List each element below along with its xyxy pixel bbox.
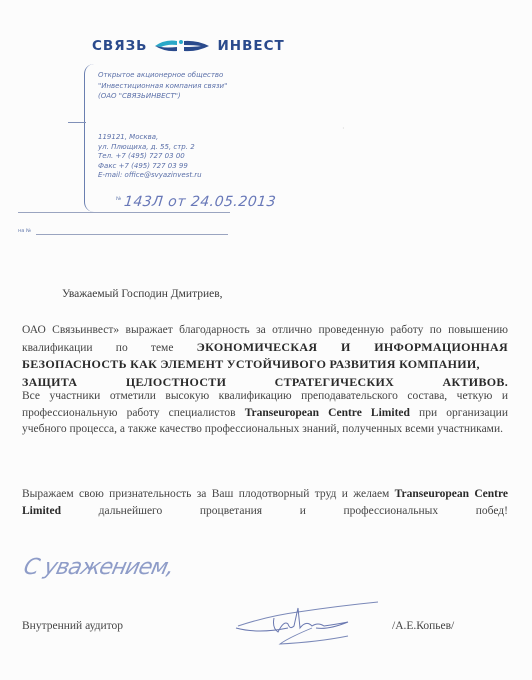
address-line: 119121, Москва, <box>98 133 202 143</box>
fax-line: Факс +7 (495) 727 03 99 <box>98 162 202 172</box>
org-line: "Инвестиционная компания связи" <box>98 81 227 92</box>
org-line: (ОАО "СВЯЗЬИНВЕСТ") <box>98 91 227 102</box>
salutation: Уважаемый Господин Дмитриев, <box>62 288 223 300</box>
address-line: ул. Плющиха, д. 55, стр. 2 <box>98 143 202 153</box>
signature-icon <box>228 598 388 648</box>
reply-to-line <box>36 234 228 235</box>
logo-text-left: СВЯЗЬ <box>92 38 147 54</box>
registration-number-label: № <box>116 196 121 202</box>
handwritten-closing: С уважением, <box>21 555 175 580</box>
scan-speck: · <box>342 124 345 133</box>
paragraph-text: Выражаем свою признательность за Ваш пло… <box>22 488 395 500</box>
address-block: 119121, Москва, ул. Плющиха, д. 55, стр.… <box>98 133 202 181</box>
org-line: Открытое акционерное общество <box>98 70 227 81</box>
paragraph-wishes: Выражаем свою признательность за Ваш пло… <box>22 486 508 519</box>
svyazinvest-logo: СВЯЗЬ ИНВЕСТ <box>92 36 285 56</box>
logo-connector-icon <box>151 38 213 54</box>
signatory-role: Внутренний аудитор <box>22 620 123 632</box>
organization-block: Открытое акционерное общество "Инвестици… <box>98 70 227 102</box>
paragraph-text: дальнейшего процветания и профессиональн… <box>61 505 508 517</box>
phone-line: Тел. +7 (495) 727 03 00 <box>98 152 202 162</box>
registration-line <box>18 212 230 213</box>
registration-number-handwritten: 143Л от 24.05.2013 <box>123 194 277 210</box>
reply-to-label: на № <box>18 228 31 234</box>
letter-page: СВЯЗЬ ИНВЕСТ Открытое акционерное общест… <box>0 0 532 680</box>
paragraph-gratitude: ОАО Связьинвест» выражает благодарность … <box>22 322 508 390</box>
paragraph-participants: Все участники отметили высокую квалифика… <box>22 388 508 438</box>
letterhead-bracket <box>84 64 95 212</box>
company-name: Transeuropean <box>395 488 469 500</box>
logo-text-right: ИНВЕСТ <box>217 38 284 54</box>
signatory-name: /А.Е.Копьев/ <box>392 620 454 632</box>
letterhead-tick <box>68 122 86 123</box>
email-line: E-mail: office@svyazinvest.ru <box>98 171 202 181</box>
company-name: Transeuropean Centre Limited <box>245 407 410 419</box>
